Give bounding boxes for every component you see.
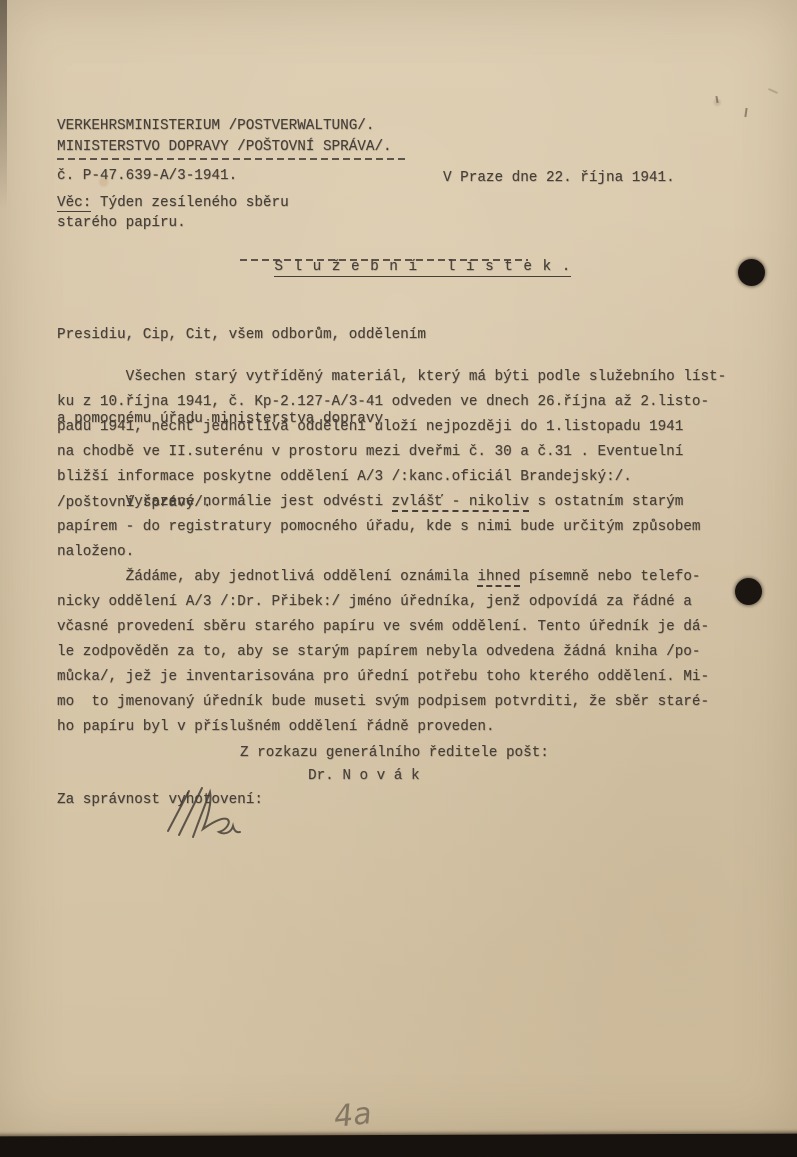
closing-by-order: Z rozkazu generálního ředitele pošt: [240,741,549,766]
punch-hole-top [738,259,765,286]
reference-number: č. P-47.639-A/3-1941. [57,166,237,187]
text-line: můcka/, jež je inventarisována pro úředn… [57,665,709,690]
text-segment: bližší informace poskytne oddělení A/3 /… [57,469,632,485]
handwritten-signature [162,783,254,841]
subject-label: Věc: [57,195,91,212]
text-segment: Všechen starý vytříděný materiál, který … [57,369,726,385]
text-segment: nicky oddělení A/3 /:Dr. Přibek:/ jméno … [57,594,692,610]
letterhead-line-german: VERKEHRSMINISTERIUM /POSTVERWALTUNG/. [57,116,374,137]
text-line: na chodbě ve II.suterénu v prostoru mezi… [57,440,726,465]
text-segment: mo to jmenovaný úředník bude museti svým… [57,694,709,710]
text-segment: ku z 10.října 1941, č. Kp-2.127-A/3-41 o… [57,394,709,410]
text-line: Vyřazené normálie jest odvésti zvlášť - … [57,490,700,515]
punch-hole-bottom [735,578,762,605]
subject-text-line2: starého papíru. [57,213,186,234]
text-line: Všechen starý vytříděný materiál, který … [57,365,726,390]
subject-block: Věc: Týden zesíleného sběru [57,193,289,214]
text-segment: le zodpověděn za to, aby se starým papír… [57,644,700,660]
text-segment: na chodbě ve II.suterénu v prostoru mezi… [57,444,683,460]
text-line: padu 1941, nechť jednotlivá oddělení ulo… [57,415,726,440]
text-line: bližší informace poskytne oddělení A/3 /… [57,465,726,490]
scan-edge-left [0,0,7,210]
text-line: naloženo. [57,540,700,565]
addressee-line: Presidiu, Cip, Cit, všem odborům, odděle… [57,321,426,349]
underlined-text: ihned [477,569,520,587]
text-segment: Vyřazené normálie jest odvésti [57,494,392,510]
pencil-page-number: 4a [332,1096,373,1135]
document-title-dashed-underline [240,259,528,261]
scan-edge-bottom [0,1134,797,1157]
body-paragraph-3: Žádáme, aby jednotlivá oddělení oznámila… [57,565,709,740]
underlined-text: zvlášť - nikoliv [392,494,529,512]
text-segment: papírem - do registratury pomocného úřad… [57,519,700,535]
body-paragraph-2: Vyřazené normálie jest odvésti zvlášť - … [57,490,700,565]
letterhead-line-czech: MINISTERSTVO DOPRAVY /POŠTOVNÍ SPRÁVA/. [57,137,392,158]
text-line: mo to jmenovaný úředník bude museti svým… [57,690,709,715]
text-line: včasné provedení sběru starého papíru ve… [57,615,709,640]
body-paragraph-1: Všechen starý vytříděný materiál, který … [57,365,726,490]
text-segment: písemně nebo telefo- [520,569,700,585]
text-line: ku z 10.října 1941, č. Kp-2.127-A/3-41 o… [57,390,726,415]
text-line: ho papíru byl v příslušném oddělení řádn… [57,715,709,740]
text-line: nicky oddělení A/3 /:Dr. Přibek:/ jméno … [57,590,709,615]
text-segment: s ostatním starým [529,494,683,510]
text-segment: můcka/, jež je inventarisována pro úředn… [57,669,709,685]
letterhead-underline [57,158,409,160]
closing-signer-name: Dr. N o v á k [308,764,420,789]
subject-text-line1: Týden zesíleného sběru [91,195,288,211]
text-line: le zodpověděn za to, aby se starým papír… [57,640,709,665]
text-line: Žádáme, aby jednotlivá oddělení oznámila… [57,565,709,590]
text-segment: Žádáme, aby jednotlivá oddělení oznámila [57,569,477,585]
document-scan: VERKEHRSMINISTERIUM /POSTVERWALTUNG/. MI… [0,0,797,1157]
place-and-date: V Praze dne 22. října 1941. [443,168,675,189]
text-segment: padu 1941, nechť jednotlivá oddělení ulo… [57,419,683,435]
text-segment: včasné provedení sběru starého papíru ve… [57,619,709,635]
text-segment: naloženo. [57,544,134,560]
text-segment: ho papíru byl v příslušném oddělení řádn… [57,719,495,735]
text-line: papírem - do registratury pomocného úřad… [57,515,700,540]
